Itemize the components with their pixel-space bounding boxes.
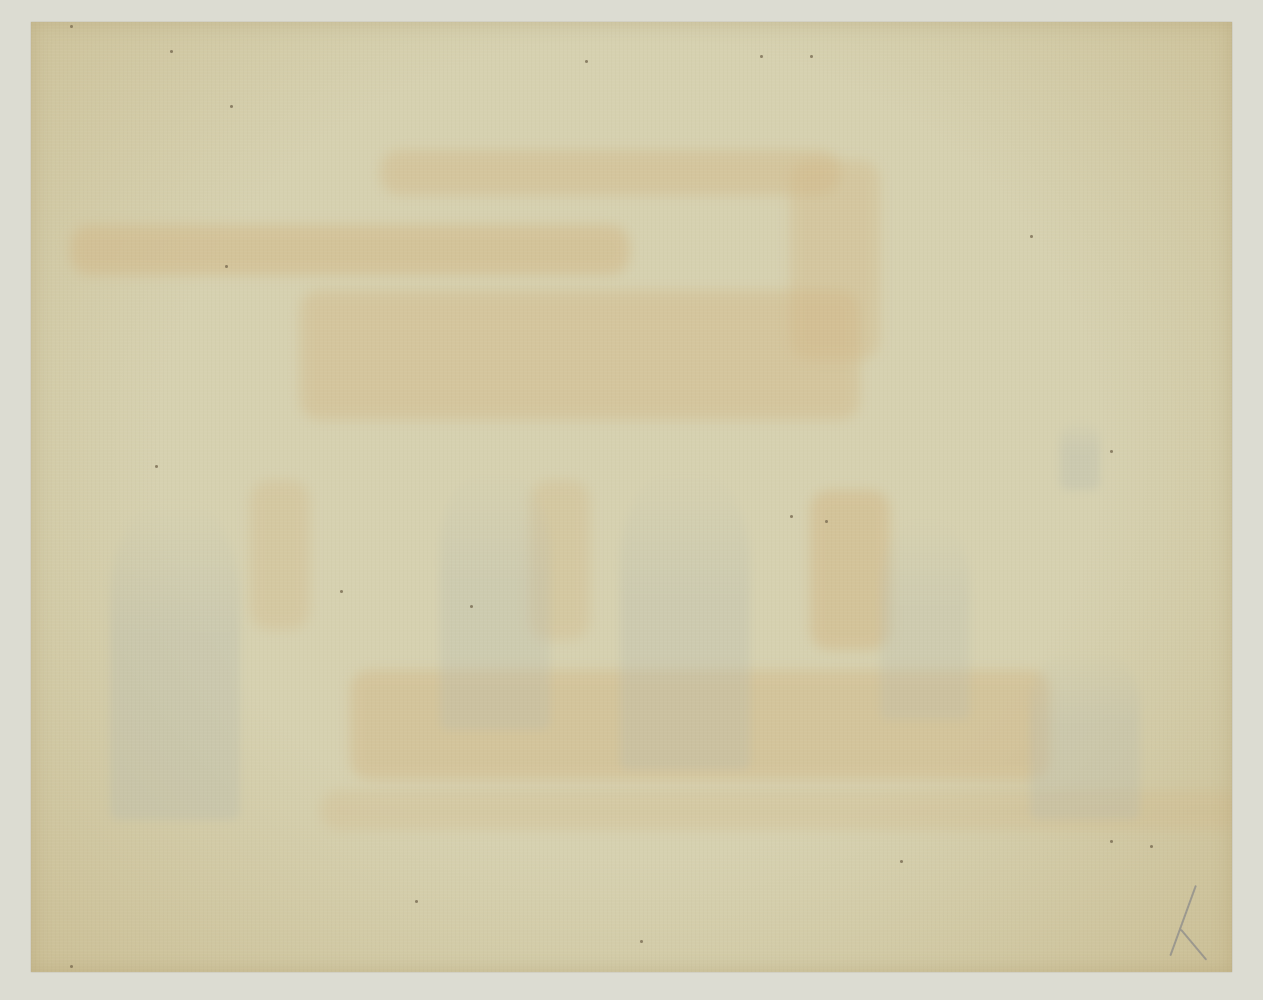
paper-sheet xyxy=(31,22,1232,972)
paper-edge-tone xyxy=(31,22,1232,972)
